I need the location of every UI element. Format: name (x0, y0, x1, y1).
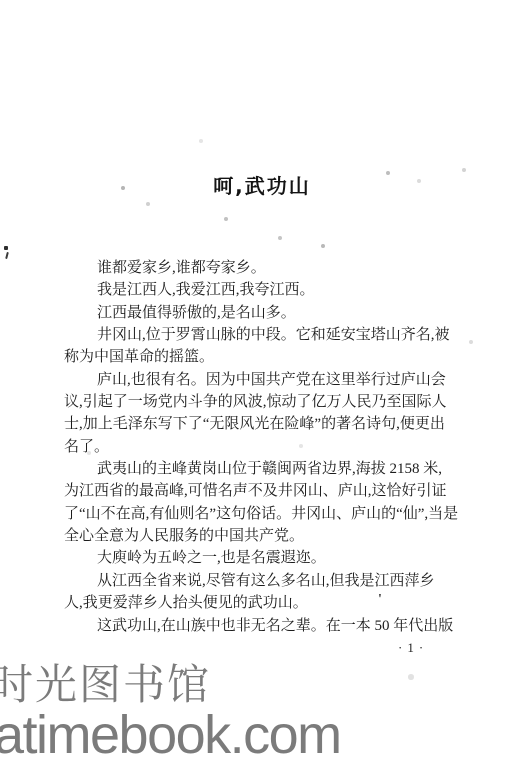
watermark-site-name: 时光图书馆 (0, 652, 211, 712)
text-line: 大庾岭为五岭之一,也是名震遐迩。 (64, 547, 462, 569)
scan-noise-speckles (0, 0, 2, 2)
text-line: 士,加上毛泽东写下了“无限风光在险峰”的著名诗句,便更出 (64, 413, 462, 435)
text-line: 了“山不在高,有仙则名”这句俗话。井冈山、庐山的“仙”,当是 (64, 503, 462, 525)
text-line: 人,我更爱萍乡人抬头便见的武功山。 (64, 592, 462, 614)
watermark-site-url: atimebook.com (0, 704, 341, 766)
body-text: 谁都爱家乡,谁都夸家乡。 我是江西人,我爱江西,我夸江西。 江西最值得骄傲的,是… (64, 257, 462, 637)
scanned-book-page: 呵,武功山 谁都爱家乡,谁都夸家乡。 我是江西人,我爱江西,我夸江西。 江西最值… (0, 0, 524, 768)
text-line: 我是江西人,我爱江西,我夸江西。 (64, 279, 462, 301)
text-line: 议,引起了一场党内斗争的风波,惊动了亿万人民乃至国际人 (64, 391, 462, 413)
text-line: 江西最值得骄傲的,是名山多。 (64, 302, 462, 324)
text-line: 从江西全省来说,尽管有这么多名山,但我是江西萍乡 (64, 570, 462, 592)
text-line: 全心全意为人民服务的中国共产党。 (64, 525, 462, 547)
ink-speck-mark (4, 246, 8, 250)
stray-apostrophe-mark: ' (378, 592, 382, 608)
text-line: 称为中国革命的摇篮。 (64, 346, 462, 368)
text-line: 武夷山的主峰黄岗山位于赣闽两省边界,海拔 2158 米, (64, 458, 462, 480)
ink-tick-mark (5, 252, 9, 259)
text-line: 名了。 (64, 436, 462, 458)
text-line: 庐山,也很有名。因为中国共产党在这里举行过庐山会 (64, 369, 462, 391)
chapter-title: 呵,武功山 (0, 170, 524, 199)
text-line: 这武功山,在山族中也非无名之辈。在一本 50 年代出版 (64, 615, 462, 637)
text-line: 井冈山,位于罗霄山脉的中段。它和延安宝塔山齐名,被 (64, 324, 462, 346)
page-number: ·1· (398, 640, 428, 656)
text-line: 为江西省的最高峰,可惜名声不及井冈山、庐山,这恰好引证 (64, 480, 462, 502)
text-line: 谁都爱家乡,谁都夸家乡。 (64, 257, 462, 279)
